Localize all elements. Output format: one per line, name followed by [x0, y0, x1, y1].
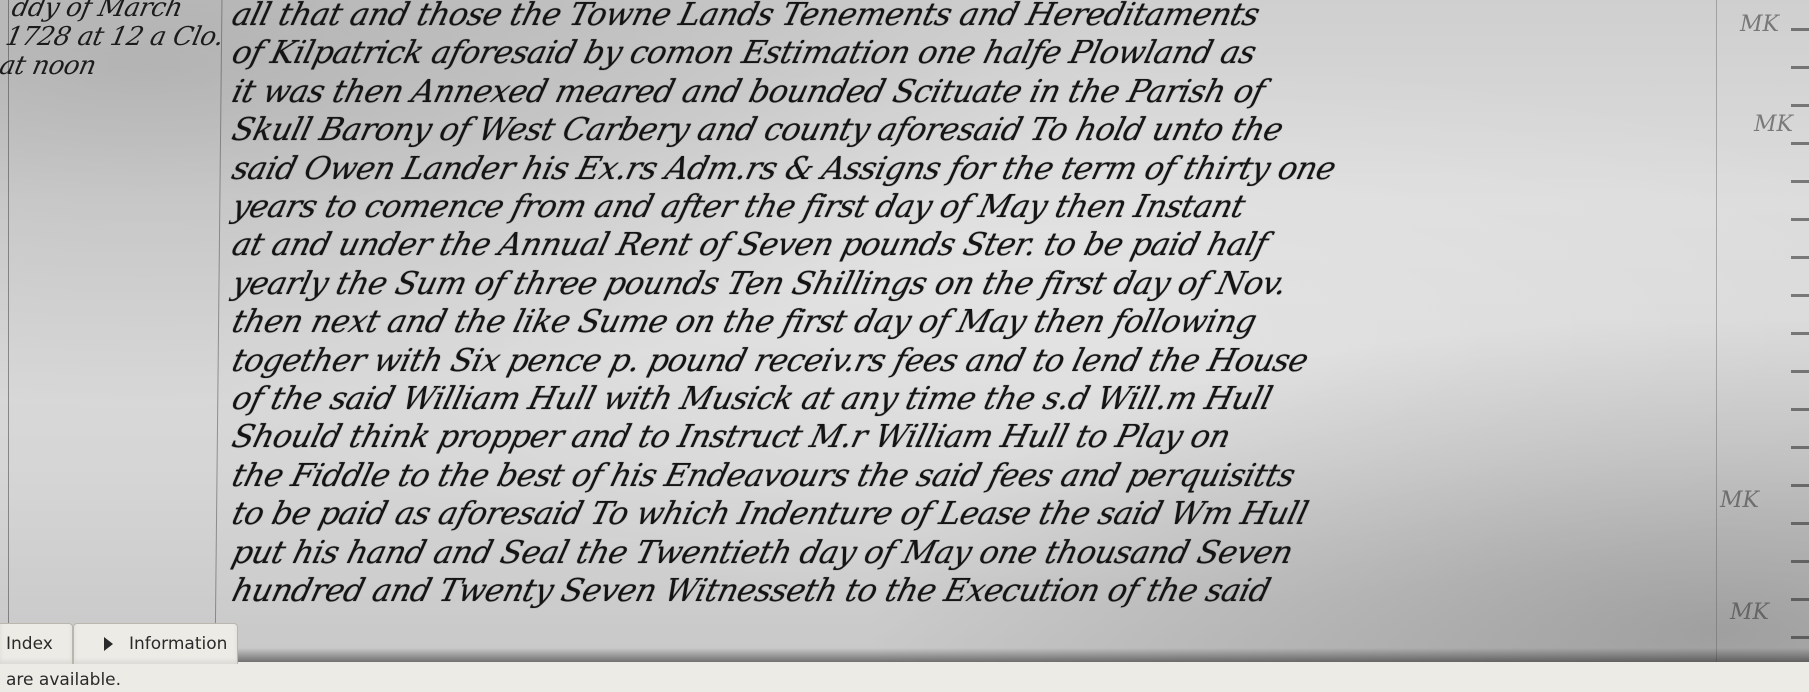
tab-information[interactable]: Information [73, 623, 238, 664]
tab-index[interactable]: Index [0, 623, 73, 664]
margin-mark: MK [1754, 112, 1793, 137]
text-line: all that and those the Towne Lands Tenem… [228, 0, 1728, 34]
text-line: Should think propper and to Instruct M.r… [228, 418, 1728, 456]
text-line: years to comence from and after the firs… [228, 188, 1728, 226]
bottom-tab-bar: Index Information [0, 623, 238, 664]
text-line: then next and the like Sume on the first… [228, 303, 1728, 341]
margin-note-line: 1728 at 12 a Clo. [3, 23, 219, 52]
tab-index-label: Index [6, 634, 53, 654]
triangle-right-icon [104, 637, 113, 651]
margin-note-line: at noon [0, 52, 213, 81]
text-line: of Kilpatrick aforesaid by comon Estimat… [228, 34, 1728, 72]
status-text: are available. [6, 670, 121, 690]
text-line: Skull Barony of West Carbery and county … [228, 111, 1728, 149]
text-line: of the said William Hull with Musick at … [228, 380, 1728, 418]
text-line: together with Six pence p. pound receiv.… [228, 342, 1728, 380]
margin-note: ddy of March 1728 at 12 a Clo. at noon [0, 0, 225, 81]
margin-rule [215, 0, 223, 662]
text-line: the Fiddle to the best of his Endeavours… [228, 457, 1728, 495]
margin-note-line: ddy of March [9, 0, 225, 23]
text-line: at and under the Annual Rent of Seven po… [228, 226, 1728, 264]
text-line: yearly the Sum of three pounds Ten Shill… [228, 265, 1728, 303]
text-line: said Owen Lander his Ex.rs Adm.rs & Assi… [228, 150, 1728, 188]
margin-mark: MK [1730, 600, 1769, 625]
text-line: it was then Annexed meared and bounded S… [228, 73, 1728, 111]
tab-information-label: Information [129, 634, 227, 654]
margin-mark: MK [1740, 12, 1779, 37]
document-image-viewer[interactable]: ddy of March 1728 at 12 a Clo. at noon a… [0, 0, 1809, 662]
text-line: to be paid as aforesaid To which Indentu… [228, 495, 1728, 533]
margin-mark: MK [1720, 488, 1759, 513]
right-margin-marks: MK MK MK MK [1740, 0, 1800, 662]
page-rule-left [8, 0, 9, 662]
text-line: hundred and Twenty Seven Witnesseth to t… [228, 572, 1728, 610]
text-line: put his hand and Seal the Twentieth day … [228, 534, 1728, 572]
handwritten-deed-text: all that and those the Towne Lands Tenem… [228, 0, 1718, 611]
